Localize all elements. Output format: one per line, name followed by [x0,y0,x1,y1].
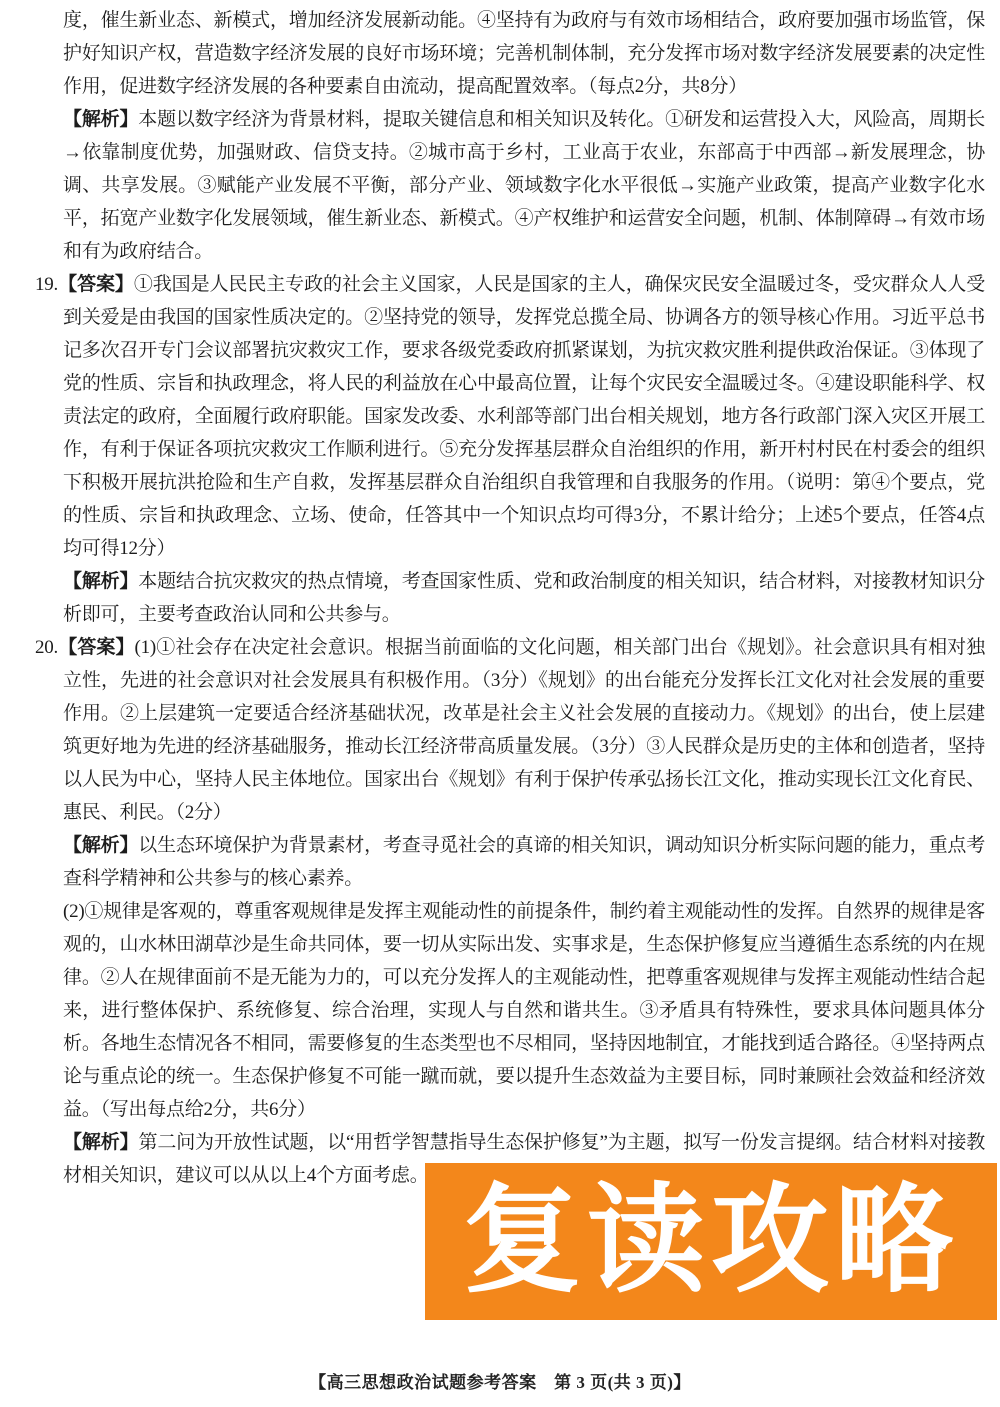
q19-answer: 19.【答案】①我国是人民民主专政的社会主义国家，人民是国家的主人，确保灾民安全… [0,268,1000,565]
answer-text: (1)①社会存在决定社会意识。根据当前面临的文化问题，相关部门出台《规划》。社会… [63,637,985,823]
banner-text: 复读攻略 [463,1181,959,1299]
analysis-text: 本题结合抗灾救灾的热点情境，考查国家性质、党和政治制度的相关知识，结合材料，对接… [63,571,985,625]
question-number: 20. [35,637,58,658]
analysis-label: 【解析】 [63,1132,138,1153]
analysis-text: 本题以数字经济为背景材料，提取关键信息和相关知识及转化。①研发和运营投入大，风险… [63,109,985,262]
retake-strategy-banner: 复读攻略 [425,1163,997,1320]
answer-text: (2)①规律是客观的，尊重客观规律是发挥主观能动性的前提条件，制约着主观能动性的… [63,901,985,1120]
analysis-label: 【解析】 [63,109,138,130]
q19-analysis: 【解析】本题结合抗灾救灾的热点情境，考查国家性质、党和政治制度的相关知识，结合材… [0,565,1000,631]
page-footer: 【高三思想政治试题参考答案 第 3 页(共 3 页)】 [0,1368,1000,1393]
question-number: 19. [35,274,58,295]
q20-answer-part2: (2)①规律是客观的，尊重客观规律是发挥主观能动性的前提条件，制约着主观能动性的… [0,895,1000,1126]
document-body: 度，催生新业态、新模式，增加经济发展新动能。④坚持有为政府与有效市场相结合，政府… [0,0,1000,1192]
q20-analysis-part1: 【解析】以生态环境保护为背景素材，考查寻觅社会的真谛的相关知识，调动知识分析实际… [0,829,1000,895]
q18-analysis: 【解析】本题以数字经济为背景材料，提取关键信息和相关知识及转化。①研发和运营投入… [0,103,1000,268]
answer-text: ①我国是人民民主专政的社会主义国家，人民是国家的主人，确保灾民安全温暖过冬，受灾… [63,274,985,559]
analysis-label: 【解析】 [63,835,138,856]
analysis-text: 以生态环境保护为背景素材，考查寻觅社会的真谛的相关知识，调动知识分析实际问题的能… [63,835,985,889]
footer-text: 【高三思想政治试题参考答案 第 3 页(共 3 页)】 [309,1373,691,1392]
analysis-label: 【解析】 [63,571,138,592]
q20-answer-part1: 20.【答案】(1)①社会存在决定社会意识。根据当前面临的文化问题，相关部门出台… [0,631,1000,829]
answer-label: 【答案】 [58,274,134,295]
answer-text: 度，催生新业态、新模式，增加经济发展新动能。④坚持有为政府与有效市场相结合，政府… [63,10,985,97]
answer-sheet-page: 度，催生新业态、新模式，增加经济发展新动能。④坚持有为政府与有效市场相结合，政府… [0,0,1000,1407]
q18-answer-continuation: 度，催生新业态、新模式，增加经济发展新动能。④坚持有为政府与有效市场相结合，政府… [0,4,1000,103]
answer-label: 【答案】 [58,637,135,658]
